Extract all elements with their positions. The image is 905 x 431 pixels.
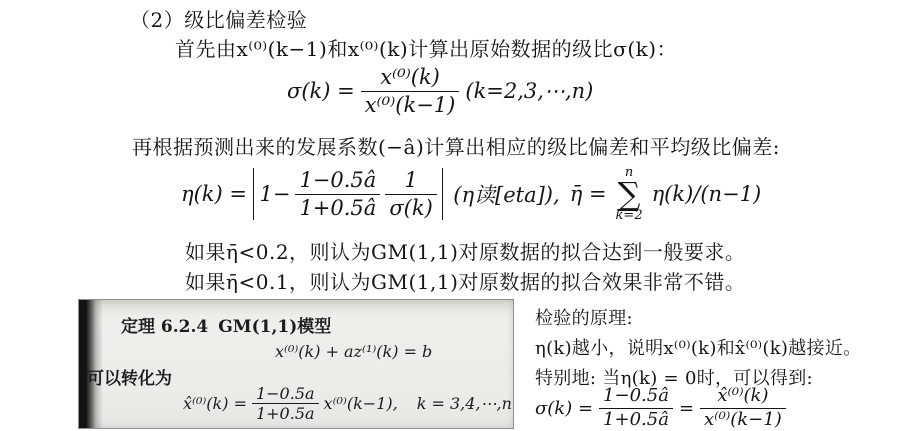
- fraction-a-ratio: 1−0.5â 1+0.5â: [295, 167, 380, 221]
- fraction-numerator: 1: [400, 167, 421, 193]
- theorem-title: 定理 6.2.4 GM(1,1)模型: [121, 312, 331, 337]
- fraction-inverse-sigma: 1 σ(k): [385, 167, 436, 221]
- principle-line-closeness: η(k)越小，说明x⁽⁰⁾(k)和x̂⁽⁰⁾(k)越接近。: [535, 334, 861, 360]
- fraction-denominator: x⁽⁰⁾(k−1): [700, 408, 786, 431]
- transform-label: 可以转化为: [87, 364, 172, 389]
- equation-lhs: x̂⁽⁰⁾(k) =: [183, 394, 247, 413]
- formula-lhs: σ(k) =: [535, 398, 593, 419]
- fraction-denominator: 1+0.5â: [599, 408, 673, 431]
- theorem-equation-transformed: x̂⁽⁰⁾(k) = 1−0.5a 1+0.5a x⁽⁰⁾(k−1), k = …: [183, 384, 512, 423]
- one-minus-term: 1−: [259, 182, 290, 206]
- summation-body: η(k)/(n−1): [652, 182, 762, 206]
- fraction-numerator: 1−0.5â: [295, 167, 380, 193]
- fraction-numerator: 1−0.5a: [252, 384, 319, 403]
- formula-eta-lhs: η(k) =: [181, 182, 247, 206]
- formula-sigma-range: (k=2,3,⋯,n): [465, 79, 593, 103]
- theorem-model-name: GM(1,1)模型: [218, 312, 331, 337]
- theorem-number: 定理 6.2.4: [121, 312, 208, 337]
- fraction-numerator: x̂⁽⁰⁾(k): [713, 385, 772, 408]
- equals-sign: =: [679, 398, 694, 419]
- principle-heading: 检验的原理:: [535, 304, 633, 330]
- section-heading: （2）级比偏差检验: [130, 4, 307, 33]
- equation-index-range: k = 3,4,⋯,n: [417, 394, 512, 413]
- condition-line-excellent: 如果η̄<0.1，则认为GM(1,1)对原数据的拟合效果非常不错。: [185, 266, 745, 295]
- intro-line: 首先由x⁽⁰⁾(k−1)和x⁽⁰⁾(k)计算出原始数据的级比σ(k)：: [175, 33, 677, 62]
- condition-line-general: 如果η̄<0.2，则认为GM(1,1)对原数据的拟合达到一般要求。: [185, 236, 745, 265]
- formula-sigma: σ(k) = x⁽⁰⁾(k) x⁽⁰⁾(k−1) (k=2,3,⋯,n): [287, 62, 593, 120]
- theorem-box-scan: 定理 6.2.4 GM(1,1)模型 x⁽⁰⁾(k) + az⁽¹⁾(k) = …: [78, 299, 514, 429]
- fraction-x-ratio: x̂⁽⁰⁾(k) x⁽⁰⁾(k−1): [700, 385, 786, 431]
- absolute-value-group: 1− 1−0.5â 1+0.5â 1 σ(k): [253, 167, 443, 221]
- theorem-equation-original: x⁽⁰⁾(k) + az⁽¹⁾(k) = b: [275, 342, 432, 361]
- fraction-numerator: x⁽⁰⁾(k): [376, 64, 444, 90]
- fraction-denominator: 1+0.5a: [252, 403, 319, 423]
- eta-intro-line: 再根据预测出来的发展系数(−â)计算出相应的级比偏差和平均级比偏差:: [132, 131, 780, 160]
- fraction-a-ratio: 1−0.5â 1+0.5â: [599, 385, 673, 431]
- eta-bar-lhs: η̄ =: [570, 182, 607, 206]
- slide-canvas: { "page": { "bg": "#ffffff", "text_color…: [0, 0, 905, 431]
- summation-lower-limit: k=2: [616, 209, 643, 222]
- abs-bar-left: [253, 168, 255, 220]
- fraction-denominator: 1+0.5â: [295, 194, 380, 221]
- formula-sigma-lhs: σ(k) =: [287, 79, 355, 103]
- abs-bar-right: [442, 168, 444, 220]
- sigma-sum-icon: ∑: [618, 179, 641, 209]
- fraction-a-ratio: 1−0.5a 1+0.5a: [252, 384, 319, 423]
- principle-formula: σ(k) = 1−0.5â 1+0.5â = x̂⁽⁰⁾(k) x⁽⁰⁾(k−1…: [535, 385, 786, 431]
- fraction-denominator: σ(k): [385, 194, 436, 221]
- fraction-sigma: x⁽⁰⁾(k) x⁽⁰⁾(k−1): [361, 64, 460, 118]
- summation: n ∑ k=2: [616, 166, 643, 222]
- eta-pronunciation-note: (η读[eta]),: [453, 179, 559, 209]
- equation-rhs-term: x⁽⁰⁾(k−1),: [324, 394, 398, 413]
- formula-eta: η(k) = 1− 1−0.5â 1+0.5â 1 σ(k) (η读[eta])…: [181, 158, 761, 230]
- fraction-denominator: x⁽⁰⁾(k−1): [361, 91, 460, 118]
- fraction-numerator: 1−0.5â: [599, 385, 673, 408]
